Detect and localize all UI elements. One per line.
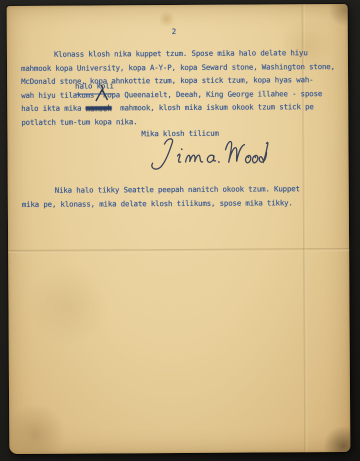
paragraph-2-line-1: Nika halo tikky Seattle peepah nanitch o…: [22, 182, 300, 197]
paragraph-1: Klonass klosh nika kuppet tzum. Spose mi…: [21, 46, 335, 129]
paragraph-2-line-2: mika pe, klonass, mika delate klosh tili…: [22, 196, 300, 211]
page-number: 2: [172, 25, 176, 39]
line-5-before-strike: halo ikta mika: [21, 104, 86, 113]
paragraph-1-line-3: McDonald stone, kopa ahnkottie tzum, kop…: [21, 73, 335, 88]
line-5-after-strike: mahmook, klosh mika iskum okook tzum sti…: [112, 102, 314, 112]
signature-handwriting: Jim A. Wood: [145, 134, 270, 177]
struck-out-word: mamook: [86, 103, 112, 112]
letter-paper: 2 Klonass klosh nika kuppet tzum. Spose …: [7, 4, 351, 454]
scanned-letter-page: 2 Klonass klosh nika kuppet tzum. Spose …: [0, 0, 360, 461]
paragraph-2: Nika halo tikky Seattle peepah nanitch o…: [22, 182, 300, 211]
paragraph-1-line-5: halo ikta mika mamook mahmook, klosh mik…: [21, 100, 335, 115]
paragraph-1-line-1: Klonass klosh nika kuppet tzum. Spose mi…: [21, 46, 335, 61]
line-4-after-caret: kopa Queenaielt, Deeah, King George illa…: [99, 89, 323, 99]
horizontal-fold-crease: [8, 248, 349, 253]
insertion-caret-icon: [94, 84, 110, 102]
